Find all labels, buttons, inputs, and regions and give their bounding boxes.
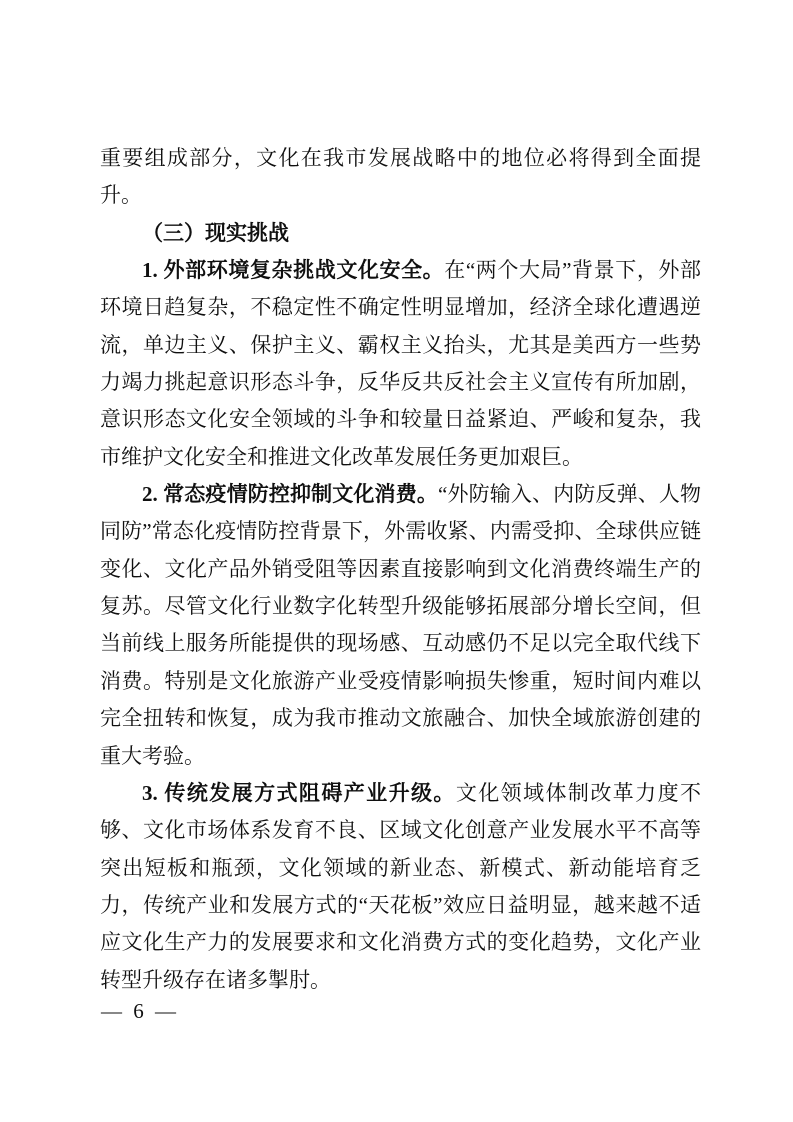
paragraph-3-body: 文化领域体制改革力度不够、文化市场体系发育不良、区域文化创意产业发展水平不高等突… bbox=[100, 781, 701, 992]
paragraph-3-lead: 3. 传统发展方式阻碍产业升级。 bbox=[142, 781, 456, 805]
document-body: 重要组成部分，文化在我市发展战略中的地位必将得到全面提升。 （三）现实挑战 1.… bbox=[100, 140, 701, 999]
continuation-paragraph: 重要组成部分，文化在我市发展战略中的地位必将得到全面提升。 bbox=[100, 140, 701, 215]
paragraph-1-lead: 1. 外部环境复杂挑战文化安全。 bbox=[142, 258, 444, 282]
paragraph-2: 2. 常态疫情防控抑制文化消费。“外防输入、内防反弹、人物同防”常态化疫情防控背… bbox=[100, 476, 701, 775]
paragraph-3: 3. 传统发展方式阻碍产业升级。文化领域体制改革力度不够、文化市场体系发育不良、… bbox=[100, 775, 701, 999]
page-number-text: — 6 — bbox=[101, 999, 179, 1023]
paragraph-2-lead: 2. 常态疫情防控抑制文化消费。 bbox=[142, 482, 438, 506]
paragraph-2-body: “外防输入、内防反弹、人物同防”常态化疫情防控背景下，外需收紧、内需受抑、全球供… bbox=[100, 482, 701, 767]
document-page: 重要组成部分，文化在我市发展战略中的地位必将得到全面提升。 （三）现实挑战 1.… bbox=[0, 0, 793, 1122]
page-number-footer: — 6 — bbox=[101, 999, 179, 1024]
paragraph-1-body: 在“两个大局”背景下，外部环境日趋复杂，不稳定性不确定性明显增加，经济全球化遭遇… bbox=[100, 258, 701, 469]
continuation-text: 重要组成部分，文化在我市发展战略中的地位必将得到全面提升。 bbox=[100, 146, 701, 207]
section-heading-text: （三）现实挑战 bbox=[142, 221, 289, 245]
section-heading: （三）现实挑战 bbox=[100, 215, 701, 252]
paragraph-1: 1. 外部环境复杂挑战文化安全。在“两个大局”背景下，外部环境日趋复杂，不稳定性… bbox=[100, 252, 701, 476]
